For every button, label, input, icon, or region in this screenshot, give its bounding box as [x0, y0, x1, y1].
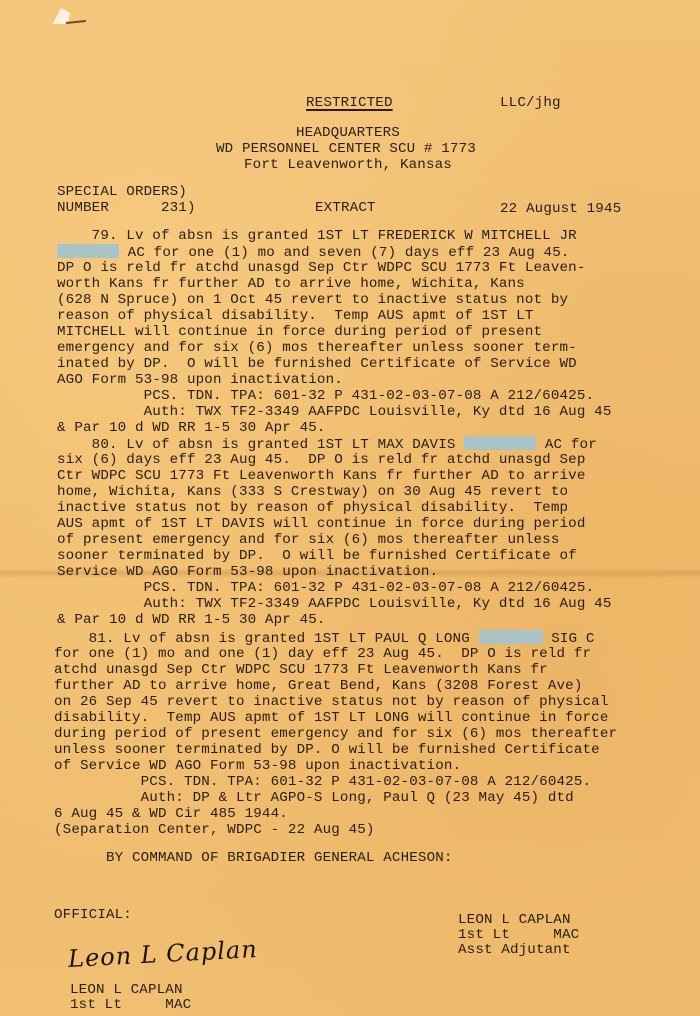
paragraph-line: 79. Lv of absn is granted 1ST LT FREDERI…	[57, 228, 577, 245]
paragraph-line: unless sooner terminated by DP. O will b…	[54, 742, 600, 759]
paragraph-line: MITCHELL will continue in force during p…	[57, 324, 542, 341]
paragraph-line: atchd unasgd Sep Ctr WDPC SCU 1773 Ft Le…	[54, 662, 548, 679]
paragraph-line: disability. Temp AUS apmt of 1ST LT LONG…	[54, 710, 609, 727]
classification-label: RESTRICTED	[306, 95, 393, 112]
paragraph-line: inactive status not by reason of physica…	[57, 500, 568, 517]
paragraph-line: Service WD AGO Form 53-98 upon inactivat…	[57, 564, 438, 581]
paragraph-line: inated by DP. O will be furnished Certif…	[57, 356, 577, 373]
paragraph-line: AGO Form 53-98 upon inactivation.	[57, 372, 343, 389]
paragraph-line: PCS. TDN. TPA: 601-32 P 431-02-03-07-08 …	[57, 388, 594, 405]
paragraph-line: (628 N Spruce) on 1 Oct 45 revert to ina…	[57, 292, 568, 309]
paragraph-line: PCS. TDN. TPA: 601-32 P 431-02-03-07-08 …	[54, 774, 591, 791]
paragraph-line: Auth: TWX TF2-3349 AAFPDC Louisville, Ky…	[57, 404, 612, 421]
paragraph-line: PCS. TDN. TPA: 601-32 P 431-02-03-07-08 …	[57, 580, 594, 597]
extract-label: EXTRACT	[315, 200, 376, 217]
paragraph-line: reason of physical disability. Temp AUS …	[57, 308, 534, 325]
paragraph-line: further AD to arrive home, Great Bend, K…	[54, 678, 583, 695]
command-line: BY COMMAND OF BRIGADIER GENERAL ACHESON:	[106, 850, 453, 867]
paragraph-line: home, Wichita, Kans (333 S Crestway) on …	[57, 484, 568, 501]
redaction-box	[57, 244, 119, 258]
special-orders-label: SPECIAL ORDERS)	[57, 184, 187, 201]
document-page: RESTRICTED LLC/jhg HEADQUARTERS WD PERSO…	[0, 0, 700, 1016]
paragraph-line: of Service WD AGO Form 53-98 upon inacti…	[54, 758, 461, 775]
paragraph-line: sooner terminated by DP. O will be furni…	[57, 548, 577, 565]
paragraph-line: Auth: DP & Ltr AGPO-S Long, Paul Q (23 M…	[54, 790, 574, 807]
handwritten-signature: Leon L Caplan	[67, 935, 258, 973]
source-note: (Separation Center, WDPC - 22 Aug 45)	[54, 822, 375, 839]
paragraph-line: Ctr WDPC SCU 1773 Ft Leavenworth Kans fr…	[57, 468, 586, 485]
paragraph-line: of present emergency and for six (6) mos…	[57, 532, 560, 549]
special-orders-number: NUMBER 231)	[57, 200, 196, 217]
paragraph-line: AUS apmt of 1ST LT DAVIS will continue i…	[57, 516, 586, 533]
paragraph-line: for one (1) mo and one (1) day eff 23 Au…	[54, 646, 591, 663]
org-location: Fort Leavenworth, Kansas	[244, 157, 452, 174]
paragraph-line: 6 Aug 45 & WD Cir 485 1944.	[54, 806, 288, 823]
left-signer-rank: 1st Lt MAC	[70, 997, 191, 1014]
paragraph-line: emergency and for six (6) mos thereafter…	[57, 340, 577, 357]
reference-initials: LLC/jhg	[500, 95, 561, 112]
paragraph-line: DP O is reld fr atchd unasgd Sep Ctr WDP…	[57, 260, 586, 277]
right-signer-title: Asst Adjutant	[458, 942, 571, 959]
redaction-box	[464, 436, 536, 450]
redaction-box	[479, 630, 543, 644]
paragraph-line: & Par 10 d WD RR 1-5 30 Apr 45.	[57, 420, 326, 437]
org-headquarters: HEADQUARTERS	[296, 125, 400, 142]
official-label: OFFICIAL:	[54, 907, 132, 924]
paragraph-line: & Par 10 d WD RR 1-5 30 Apr 45.	[57, 612, 326, 629]
paragraph-line: on 26 Sep 45 revert to inactive status n…	[54, 694, 609, 711]
paragraph-line: during period of present emergency and f…	[54, 726, 617, 743]
paper-tear-line	[66, 20, 86, 24]
order-date: 22 August 1945	[500, 201, 621, 218]
paragraph-line: Auth: TWX TF2-3349 AAFPDC Louisville, Ky…	[57, 596, 612, 613]
org-unit: WD PERSONNEL CENTER SCU # 1773	[216, 141, 476, 158]
paragraph-line: worth Kans fr further AD to arrive home,…	[57, 276, 525, 293]
paragraph-line: six (6) days eff 23 Aug 45. DP O is reld…	[57, 452, 586, 469]
